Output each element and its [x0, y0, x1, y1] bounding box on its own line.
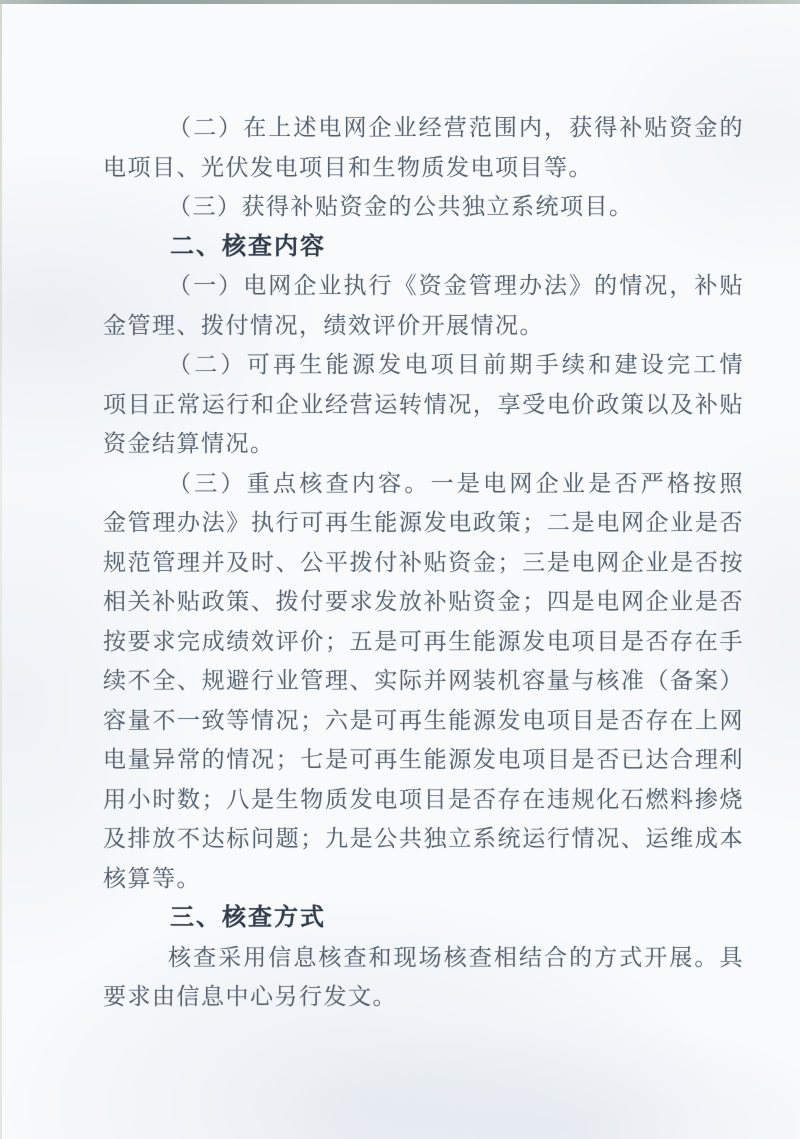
body-line: 资金结算情况。 [103, 424, 744, 464]
body-line: 容量不一致等情况；六是可再生能源发电项目是否存在上网 [103, 701, 744, 741]
body-line: （三）获得补贴资金的公共独立系统项目。 [103, 187, 744, 227]
body-line: 及排放不达标问题；九是公共独立系统运行情况、运维成本 [103, 819, 744, 859]
heading-section-2: 二、核查内容 [103, 227, 744, 267]
body-line: 相关补贴政策、拨付要求发放补贴资金；四是电网企业是否 [103, 582, 744, 622]
body-line: 项目正常运行和企业经营运转情况，享受电价政策以及补贴 [103, 385, 744, 425]
body-line: （一）电网企业执行《资金管理办法》的情况，补贴资 [103, 266, 744, 306]
body-line: 金管理、拨付情况，绩效评价开展情况。 [103, 306, 744, 346]
body-line: 金管理办法》执行可再生能源发电政策；二是电网企业是否 [103, 503, 744, 543]
body-line: 按要求完成绩效评价；五是可再生能源发电项目是否存在手 [103, 622, 744, 662]
scan-top-edge [0, 0, 800, 4]
body-line: 核算等。 [103, 859, 744, 899]
body-line: 要求由信息中心另行发文。 [103, 977, 744, 1017]
body-line: 电量异常的情况；七是可再生能源发电项目是否已达合理利 [103, 740, 744, 780]
body-line: 续不全、规避行业管理、实际并网装机容量与核准（备案） [103, 661, 744, 701]
body-line: （二）在上述电网企业经营范围内，获得补贴资金的风 [103, 108, 744, 148]
body-line: 用小时数；八是生物质发电项目是否存在违规化石燃料掺烧 [103, 780, 744, 820]
heading-section-3: 三、核查方式 [103, 898, 744, 938]
document-page: （二）在上述电网企业经营范围内，获得补贴资金的风 电项目、光伏发电项目和生物质发… [0, 0, 800, 1139]
body-line: 规范管理并及时、公平拨付补贴资金；三是电网企业是否按 [103, 543, 744, 583]
body-line: （二）可再生能源发电项目前期手续和建设完工情况， [103, 345, 744, 385]
document-text-block: （二）在上述电网企业经营范围内，获得补贴资金的风 电项目、光伏发电项目和生物质发… [103, 108, 744, 1017]
scan-left-edge [0, 4, 2, 1139]
body-line: 电项目、光伏发电项目和生物质发电项目等。 [103, 148, 744, 188]
body-line: 核查采用信息核查和现场核查相结合的方式开展。具体 [103, 938, 744, 978]
body-line: （三）重点核查内容。一是电网企业是否严格按照《资 [103, 464, 744, 504]
